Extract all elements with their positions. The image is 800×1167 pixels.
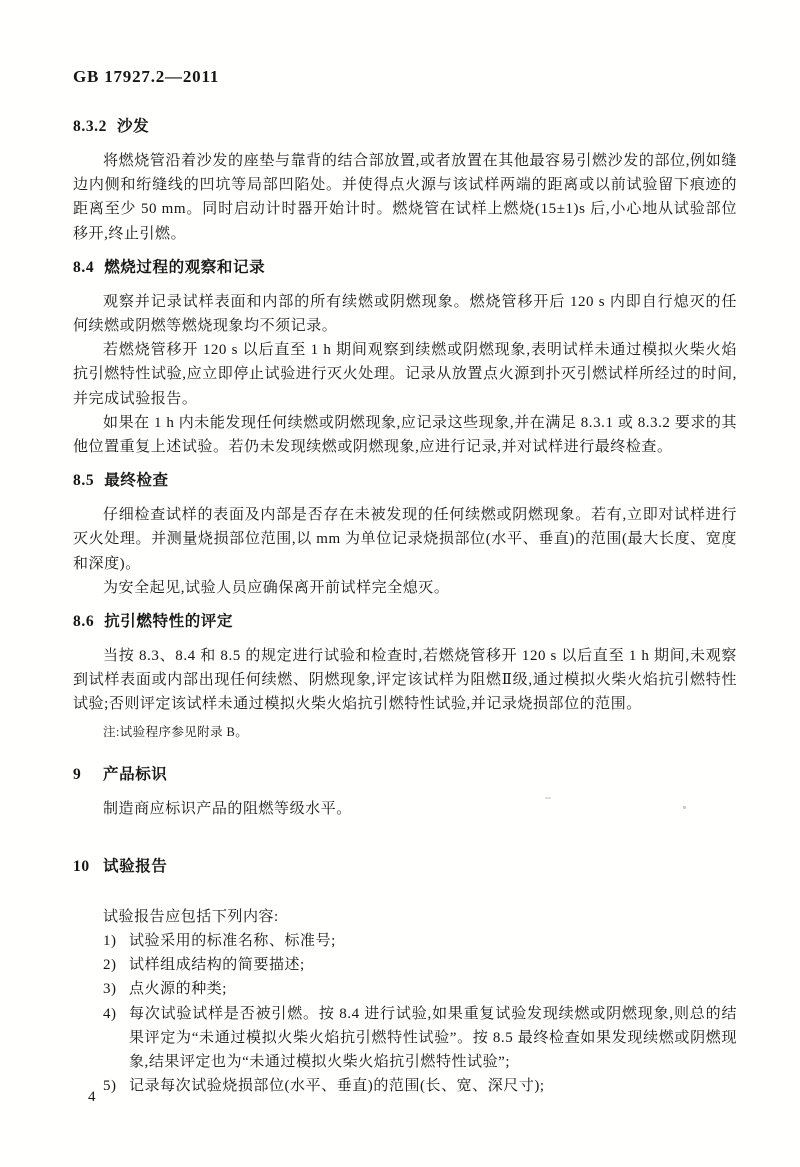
footnote: 注:试验程序参见附录 B。 <box>73 723 737 741</box>
document-page: GB 17927.2—2011 8.3.2沙发 将燃烧管沿着沙发的座垫与靠背的结… <box>0 0 800 1167</box>
list-item: 1) 试验采用的标准名称、标准号; <box>73 929 737 953</box>
section-number: 9 <box>73 765 93 785</box>
section-title: 最终检查 <box>104 472 168 489</box>
paragraph: 若燃烧管移开 120 s 以后直至 1 h 期间观察到续燃或阴燃现象,表明试样未… <box>73 338 737 411</box>
section-heading-8-3-2: 8.3.2沙发 <box>73 117 737 137</box>
page-number: 4 <box>88 1088 96 1106</box>
paragraph: 当按 8.3、8.4 和 8.5 的规定进行试验和检查时,若燃烧管移开 120 … <box>73 644 737 717</box>
section-number: 10 <box>73 857 93 877</box>
section-number: 8.4 <box>73 258 94 278</box>
scan-artifact <box>683 806 686 809</box>
scan-artifact <box>725 545 727 548</box>
paragraph: 为安全起见,试验人员应确保离开前试样完全熄灭。 <box>73 576 737 600</box>
section-heading-8-6: 8.6抗引燃特性的评定 <box>73 612 737 632</box>
list-item-text: 点火源的种类; <box>129 977 737 1001</box>
standard-number-header: GB 17927.2—2011 <box>73 66 737 87</box>
list-item-number: 2) <box>103 953 129 977</box>
list-item-text: 每次试验试样是否被引燃。按 8.4 进行试验,如果重复试验发现续燃或阴燃现象,则… <box>129 1002 737 1075</box>
section-title: 试验报告 <box>103 858 167 875</box>
list-item-number: 1) <box>103 929 129 953</box>
paragraph: 观察并记录试样表面和内部的所有续燃或阴燃现象。燃烧管移开后 120 s 内即自行… <box>73 290 737 338</box>
paragraph: 将燃烧管沿着沙发的座垫与靠背的结合部放置,或者放置在其他最容易引燃沙发的部位,例… <box>73 149 737 246</box>
scan-artifact <box>545 797 551 799</box>
list-item: 4) 每次试验试样是否被引燃。按 8.4 进行试验,如果重复试验发现续燃或阴燃现… <box>73 1002 737 1075</box>
list-item: 5) 记录每次试验烧损部位(水平、垂直)的范围(长、宽、深尺寸); <box>73 1074 737 1098</box>
report-content-list: 1) 试验采用的标准名称、标准号; 2) 试样组成结构的简要描述; 3) 点火源… <box>73 929 737 1098</box>
list-item-number: 3) <box>103 977 129 1001</box>
page-content: GB 17927.2—2011 8.3.2沙发 将燃烧管沿着沙发的座垫与靠背的结… <box>73 0 737 1098</box>
section-heading-8-4: 8.4燃烧过程的观察和记录 <box>73 258 737 278</box>
section-title: 产品标识 <box>103 766 167 783</box>
list-item-text: 试样组成结构的简要描述; <box>129 953 737 977</box>
paragraph: 制造商应标识产品的阻燃等级水平。 <box>73 797 737 821</box>
section-heading-10: 10试验报告 <box>73 857 737 877</box>
section-number: 8.3.2 <box>73 117 107 137</box>
list-item-text: 记录每次试验烧损部位(水平、垂直)的范围(长、宽、深尺寸); <box>129 1074 737 1098</box>
list-item: 3) 点火源的种类; <box>73 977 737 1001</box>
section-title: 抗引燃特性的评定 <box>104 613 233 630</box>
section-number: 8.6 <box>73 612 94 632</box>
section-title: 沙发 <box>117 118 149 135</box>
section-title: 燃烧过程的观察和记录 <box>104 259 265 276</box>
list-item-text: 试验采用的标准名称、标准号; <box>129 929 737 953</box>
section-number: 8.5 <box>73 471 94 491</box>
paragraph: 仔细检查试样的表面及内部是否存在未被发现的任何续燃或阴燃现象。若有,立即对试样进… <box>73 503 737 576</box>
section-heading-8-5: 8.5最终检查 <box>73 471 737 491</box>
section-heading-9: 9产品标识 <box>73 765 737 785</box>
list-item-number: 5) <box>103 1074 129 1098</box>
paragraph: 如果在 1 h 内未能发现任何续燃或阴燃现象,应记录这些现象,并在满足 8.3.… <box>73 411 737 459</box>
list-item-number: 4) <box>103 1002 129 1075</box>
report-list-intro: 试验报告应包括下列内容: <box>73 905 737 929</box>
list-item: 2) 试样组成结构的简要描述; <box>73 953 737 977</box>
